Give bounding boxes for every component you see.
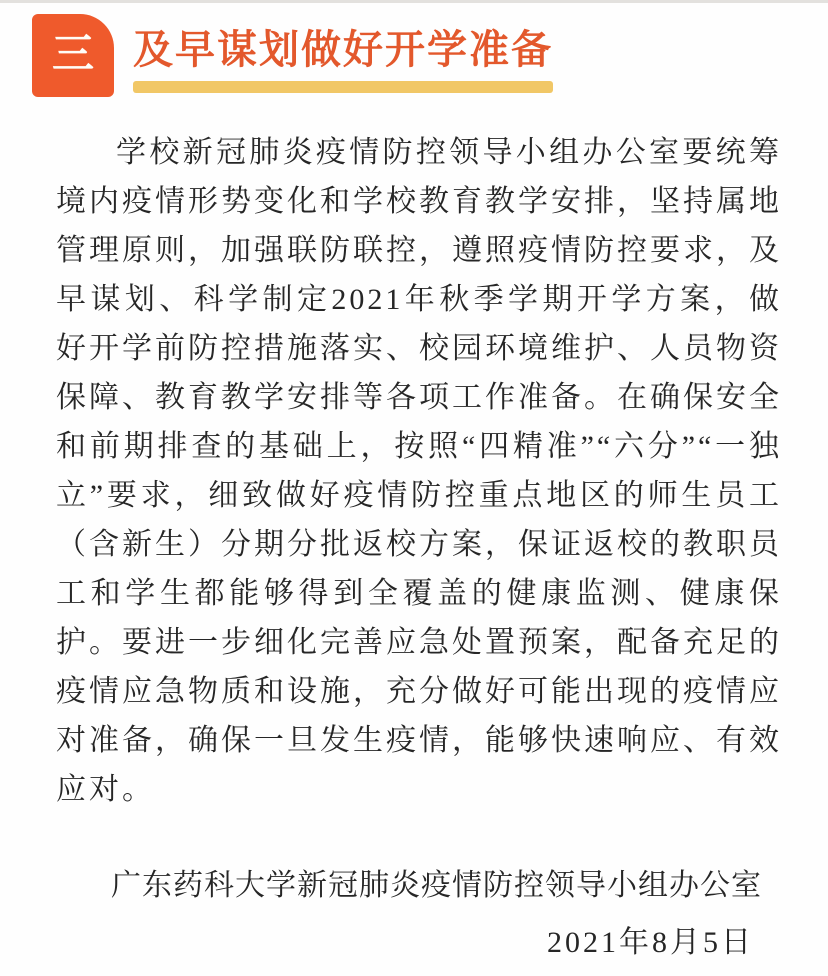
- title-underline-bar: [133, 81, 553, 93]
- signature-line: 广东药科大学新冠肺炎疫情防控领导小组办公室: [0, 866, 762, 906]
- signature-block: 广东药科大学新冠肺炎疫情防控领导小组办公室 2021年8月5日: [0, 866, 828, 963]
- section-title: 及早谋划做好开学准备: [133, 28, 553, 72]
- section-header: 三 及早谋划做好开学准备: [32, 14, 828, 97]
- section-number: 三: [52, 33, 94, 79]
- section-number-badge: 三: [32, 14, 114, 97]
- body-paragraph: 学校新冠肺炎疫情防控领导小组办公室要统筹境内疫情形势变化和学校教育教学安排，坚持…: [56, 128, 782, 814]
- title-block: 及早谋划做好开学准备: [133, 14, 553, 93]
- date-line: 2021年8月5日: [0, 923, 754, 963]
- document-page: 三 及早谋划做好开学准备 学校新冠肺炎疫情防控领导小组办公室要统筹境内疫情形势变…: [0, 0, 828, 976]
- top-divider: [0, 0, 828, 3]
